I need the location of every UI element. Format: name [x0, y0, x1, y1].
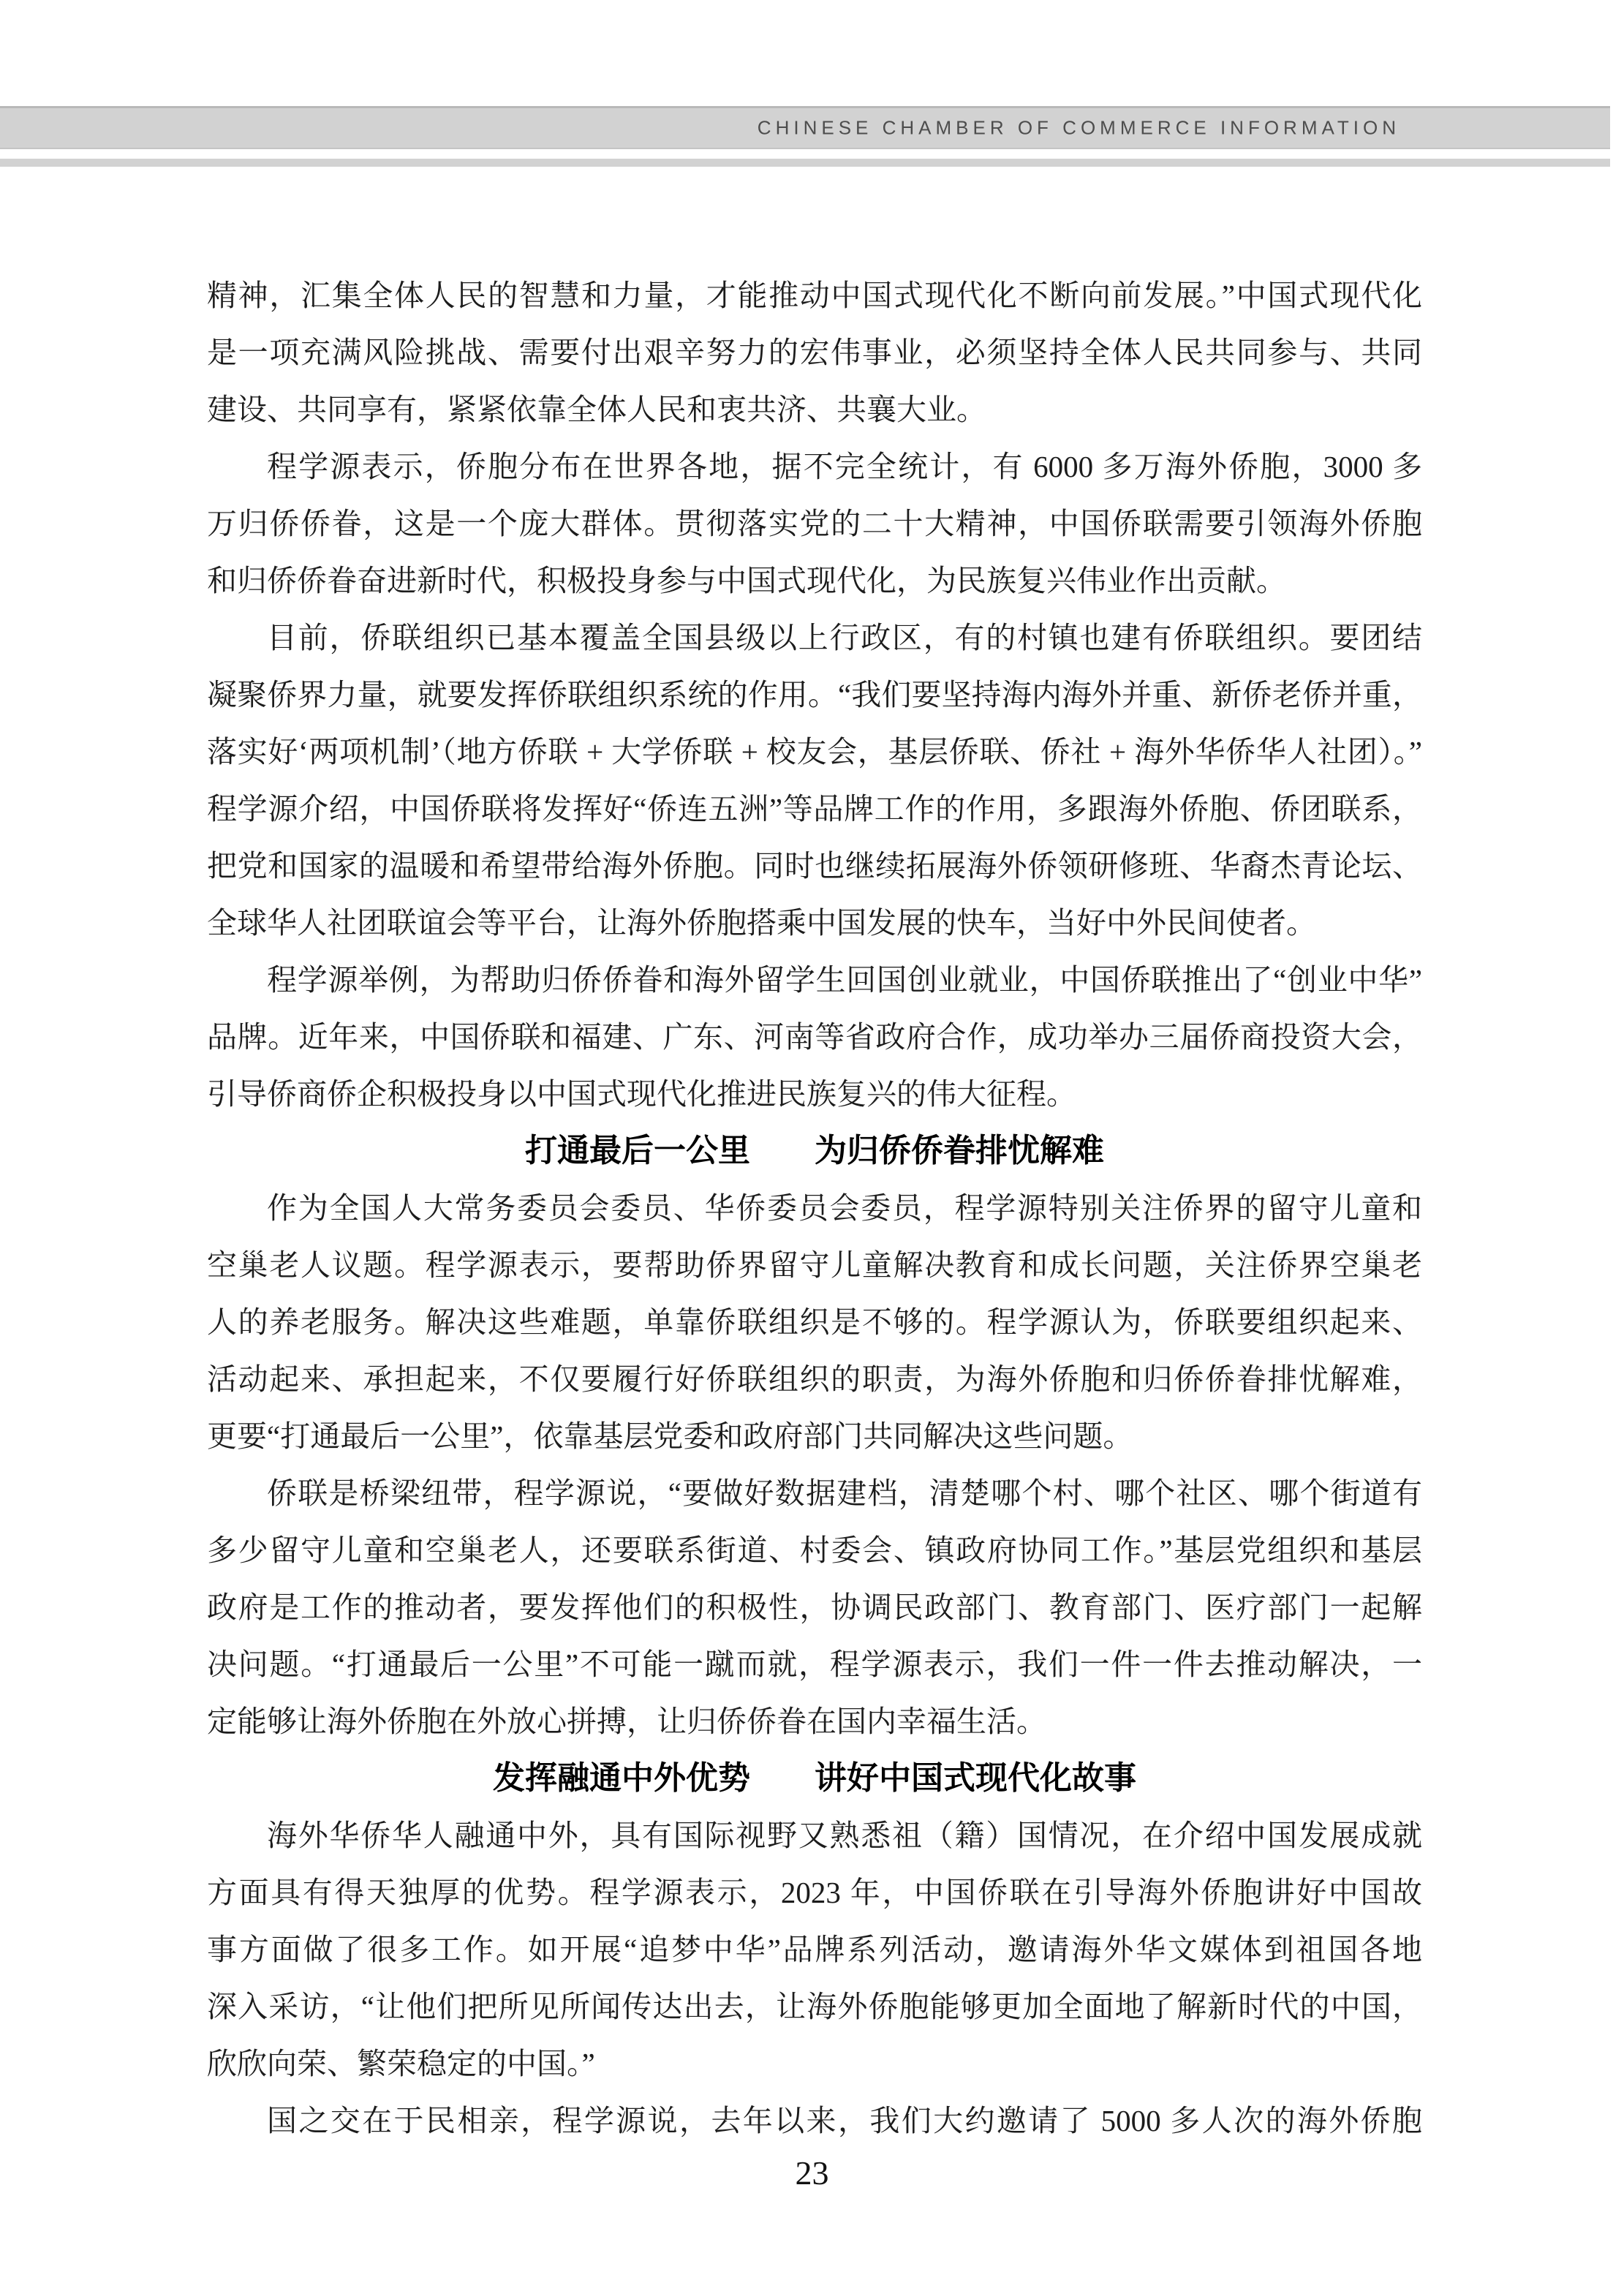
text-line: 和归侨侨眷奋进新时代，积极投身参与中国式现代化，为民族复兴伟业作出贡献。	[207, 552, 1422, 609]
text-line: 建设、共同享有，紧紧依靠全体人民和衷共济、共襄大业。	[207, 381, 1422, 438]
text-line: 活动起来、承担起来，不仅要履行好侨联组织的职责，为海外侨胞和归侨侨眷排忧解难，	[207, 1351, 1422, 1408]
magazine-page: CHINESE CHAMBER OF COMMERCE INFORMATION …	[0, 0, 1624, 2272]
article: 精神，汇集全体人民的智慧和力量，才能推动中国式现代化不断向前发展。”中国式现代化…	[207, 267, 1422, 2149]
text-line: 欣欣向荣、繁荣稳定的中国。”	[207, 2035, 1422, 2092]
header-divider-rule	[0, 159, 1610, 167]
text-line: 精神，汇集全体人民的智慧和力量，才能推动中国式现代化不断向前发展。”中国式现代化	[207, 267, 1422, 324]
text-line: 程学源表示，侨胞分布在世界各地，据不完全统计，有 6000 多万海外侨胞，300…	[207, 438, 1422, 495]
text-line: 深入采访，“让他们把所见所闻传达出去，让海外侨胞能够更加全面地了解新时代的中国，	[207, 1978, 1422, 2035]
text-line: 海外华侨华人融通中外，具有国际视野又熟悉祖（籍）国情况，在介绍中国发展成就	[207, 1807, 1422, 1864]
text-line: 方面具有得天独厚的优势。程学源表示，2023 年，中国侨联在引导海外侨胞讲好中国…	[207, 1864, 1422, 1921]
text-line: 程学源介绍，中国侨联将发挥好“侨连五洲”等品牌工作的作用，多跟海外侨胞、侨团联系…	[207, 780, 1422, 837]
text-line: 作为全国人大常务委员会委员、华侨委员会委员，程学源特别关注侨界的留守儿童和	[207, 1180, 1422, 1237]
text-line: 是一项充满风险挑战、需要付出艰辛努力的宏伟事业，必须坚持全体人民共同参与、共同	[207, 324, 1422, 381]
text-line: 决问题。“打通最后一公里”不可能一蹴而就，程学源表示，我们一件一件去推动解决，一	[207, 1636, 1422, 1693]
text-line: 定能够让海外侨胞在外放心拼搏，让归侨侨眷在国内幸福生活。	[207, 1693, 1422, 1750]
text-line: 全球华人社团联谊会等平台，让海外侨胞搭乘中国发展的快车，当好中外民间使者。	[207, 894, 1422, 951]
text-line: 空巢老人议题。程学源表示，要帮助侨界留守儿童解决教育和成长问题，关注侨界空巢老	[207, 1237, 1422, 1294]
text-line: 落实好‘两项机制’（地方侨联 + 大学侨联 + 校友会，基层侨联、侨社 + 海外…	[207, 723, 1422, 780]
text-line: 引导侨商侨企积极投身以中国式现代化推进民族复兴的伟大征程。	[207, 1065, 1422, 1122]
journal-name-en: CHINESE CHAMBER OF COMMERCE INFORMATION	[758, 117, 1400, 140]
text-line: 程学源举例，为帮助归侨侨眷和海外留学生回国创业就业，中国侨联推出了“创业中华”	[207, 951, 1422, 1008]
text-line: 凝聚侨界力量，就要发挥侨联组织系统的作用。“我们要坚持海内海外并重、新侨老侨并重…	[207, 666, 1422, 723]
text-line: 多少留守儿童和空巢老人，还要联系街道、村委会、镇政府协同工作。”基层党组织和基层	[207, 1522, 1422, 1579]
text-line: 人的养老服务。解决这些难题，单靠侨联组织是不够的。程学源认为，侨联要组织起来、	[207, 1294, 1422, 1351]
text-line: 事方面做了很多工作。如开展“追梦中华”品牌系列活动，邀请海外华文媒体到祖国各地	[207, 1921, 1422, 1978]
text-line: 侨联是桥梁纽带，程学源说，“要做好数据建档，清楚哪个村、哪个社区、哪个街道有	[207, 1465, 1422, 1522]
text-line: 把党和国家的温暖和希望带给海外侨胞。同时也继续拓展海外侨领研修班、华裔杰青论坛、	[207, 837, 1422, 894]
page-number: 23	[0, 2154, 1624, 2192]
text-line: 品牌。近年来，中国侨联和福建、广东、河南等省政府合作，成功举办三届侨商投资大会，	[207, 1008, 1422, 1065]
text-line: 目前，侨联组织已基本覆盖全国县级以上行政区，有的村镇也建有侨联组织。要团结	[207, 609, 1422, 666]
page-header-band: CHINESE CHAMBER OF COMMERCE INFORMATION	[0, 106, 1610, 149]
text-line: 政府是工作的推动者，要发挥他们的积极性，协调民政部门、教育部门、医疗部门一起解	[207, 1579, 1422, 1636]
section-heading: 打通最后一公里 为归侨侨眷排忧解难	[207, 1122, 1422, 1180]
section-heading: 发挥融通中外优势 讲好中国式现代化故事	[207, 1750, 1422, 1807]
text-line: 万归侨侨眷，这是一个庞大群体。贯彻落实党的二十大精神，中国侨联需要引领海外侨胞	[207, 495, 1422, 552]
text-line: 更要“打通最后一公里”，依靠基层党委和政府部门共同解决这些问题。	[207, 1408, 1422, 1465]
text-line: 国之交在于民相亲，程学源说，去年以来，我们大约邀请了 5000 多人次的海外侨胞	[207, 2092, 1422, 2149]
